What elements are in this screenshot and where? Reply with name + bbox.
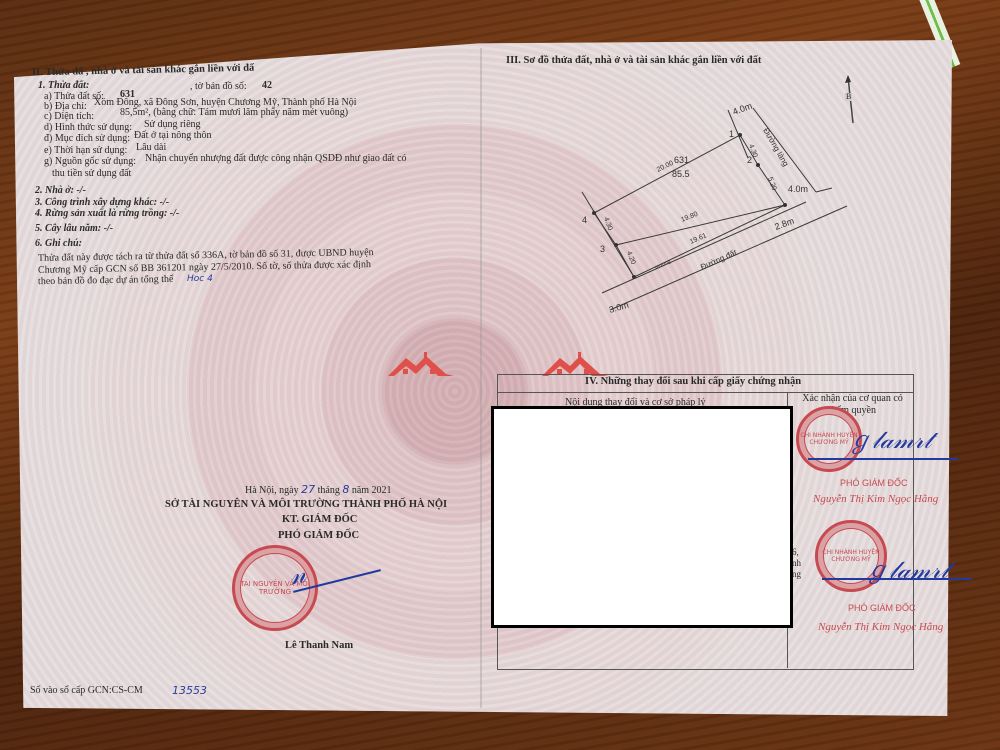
term: Lâu dài [136, 143, 166, 153]
map-sheet-no: 42 [262, 81, 272, 91]
forest: 4. Rừng sản xuất là rừng trồng: -/- [35, 208, 179, 219]
confirm-title: PHÓ GIÁM ĐỐC [840, 478, 908, 488]
signature: ℊ𝓁𝒶𝓂𝓇𝓉 [848, 420, 932, 455]
purpose-label: đ) Mục đích sử dụng: [44, 134, 130, 144]
edge-19-80: 19.80 [680, 211, 699, 224]
signer-name: Lê Thanh Nam [285, 640, 353, 651]
road-width-dirt: 2.8m [773, 216, 795, 232]
partial-text-1: 6, [792, 547, 801, 558]
signature-stroke [822, 578, 972, 580]
notes-heading: 6. Ghi chú: [35, 238, 82, 249]
road-width-bottom: 3.0m [608, 300, 630, 315]
date-month-label: tháng [318, 485, 340, 496]
other-construction: 3. Công trình xây dựng khác: -/- [35, 197, 169, 208]
date-month: 8 [342, 483, 349, 496]
point-4: 4 [582, 215, 587, 225]
redaction-box [491, 406, 793, 628]
notes-handwritten: Hoc 4 [187, 274, 213, 284]
confirm-signer: Nguyễn Thị Kim Ngọc Hằng [818, 621, 943, 633]
origin-label: g) Nguồn gốc sử dụng: [44, 157, 136, 167]
perennial: 5. Cây lâu năm: -/- [35, 223, 113, 234]
deputy-title: PHÓ GIÁM ĐỐC [278, 530, 359, 541]
date-line: Hà Nội, ngày 27 tháng 8 năm 2021 [245, 484, 392, 496]
signature-stroke [808, 458, 958, 460]
term-label: e) Thời hạn sử dụng: [44, 146, 127, 156]
area-label: c) Diện tích: [44, 112, 94, 122]
date-day: 27 [301, 483, 315, 496]
confirm-signer: Nguyễn Thị Kim Ngọc Hằng [813, 493, 938, 505]
parcel-area-label: 85.5 [672, 169, 690, 179]
use-form: Sử dụng riêng [144, 120, 201, 130]
edge-4-30b: 4.30 [602, 216, 613, 231]
road-width-right: 4.0m [788, 184, 808, 194]
use-form-label: d) Hình thức sử dụng: [44, 123, 132, 133]
point-1: 1 [729, 129, 734, 139]
parcel-no-label: 631 [674, 155, 689, 165]
register-no: 13553 [172, 684, 207, 697]
ditch-label: mương [654, 259, 672, 271]
kt-title: KT. GIÁM ĐỐC [282, 514, 357, 525]
point-3: 3 [600, 244, 605, 254]
origin-line1: Nhận chuyển nhượng đất được công nhận QS… [145, 154, 407, 164]
house: 2. Nhà ở: -/- [35, 185, 86, 196]
area: 85,5m², (bằng chữ: Tám mươi lăm phẩy năm… [120, 108, 348, 118]
partial-text: 6, nh ng [792, 547, 801, 579]
edge-19-61: 19.61 [689, 232, 708, 246]
road-dirt-label: Đường đất [699, 248, 739, 272]
house-logo-icon [386, 352, 456, 378]
section-iii-title: III. Sơ đồ thửa đất, nhà ở và tài sản kh… [506, 55, 761, 66]
edge-5-20: 5.20 [766, 176, 777, 191]
origin-line2: thu tiền sử dụng đất [52, 169, 131, 179]
page-fold [480, 48, 482, 708]
changes-title: IV. Những thay đổi sau khi cấp giấy chứn… [585, 376, 801, 387]
land-heading: 1. Thửa đất: [38, 80, 89, 91]
date-prefix: Hà Nội, ngày [245, 485, 299, 496]
date-year: năm 2021 [352, 485, 392, 496]
map-sheet-label: , tờ bản đồ số: [190, 82, 247, 92]
purpose: Đất ở tại nông thôn [134, 131, 212, 141]
road-width-top: 4.0m [731, 101, 753, 117]
signature: ℊ𝓁𝒶𝓂𝓇𝓉 [865, 550, 949, 585]
confirm-title: PHÓ GIÁM ĐỐC [848, 603, 916, 613]
register-label: Số vào sổ cấp GCN:CS-CM [30, 686, 143, 696]
authority: SỞ TÀI NGUYÊN VÀ MÔI TRƯỜNG THÀNH PHỐ HÀ… [165, 499, 447, 510]
road-village-label: Đường làng [761, 127, 790, 168]
parcel-diagram: 1 2 3 4 631 85.5 20.00 4.30 5.20 19.80 4… [570, 100, 850, 330]
partial-text-2: nh [792, 558, 801, 569]
partial-text-3: ng [792, 569, 801, 580]
